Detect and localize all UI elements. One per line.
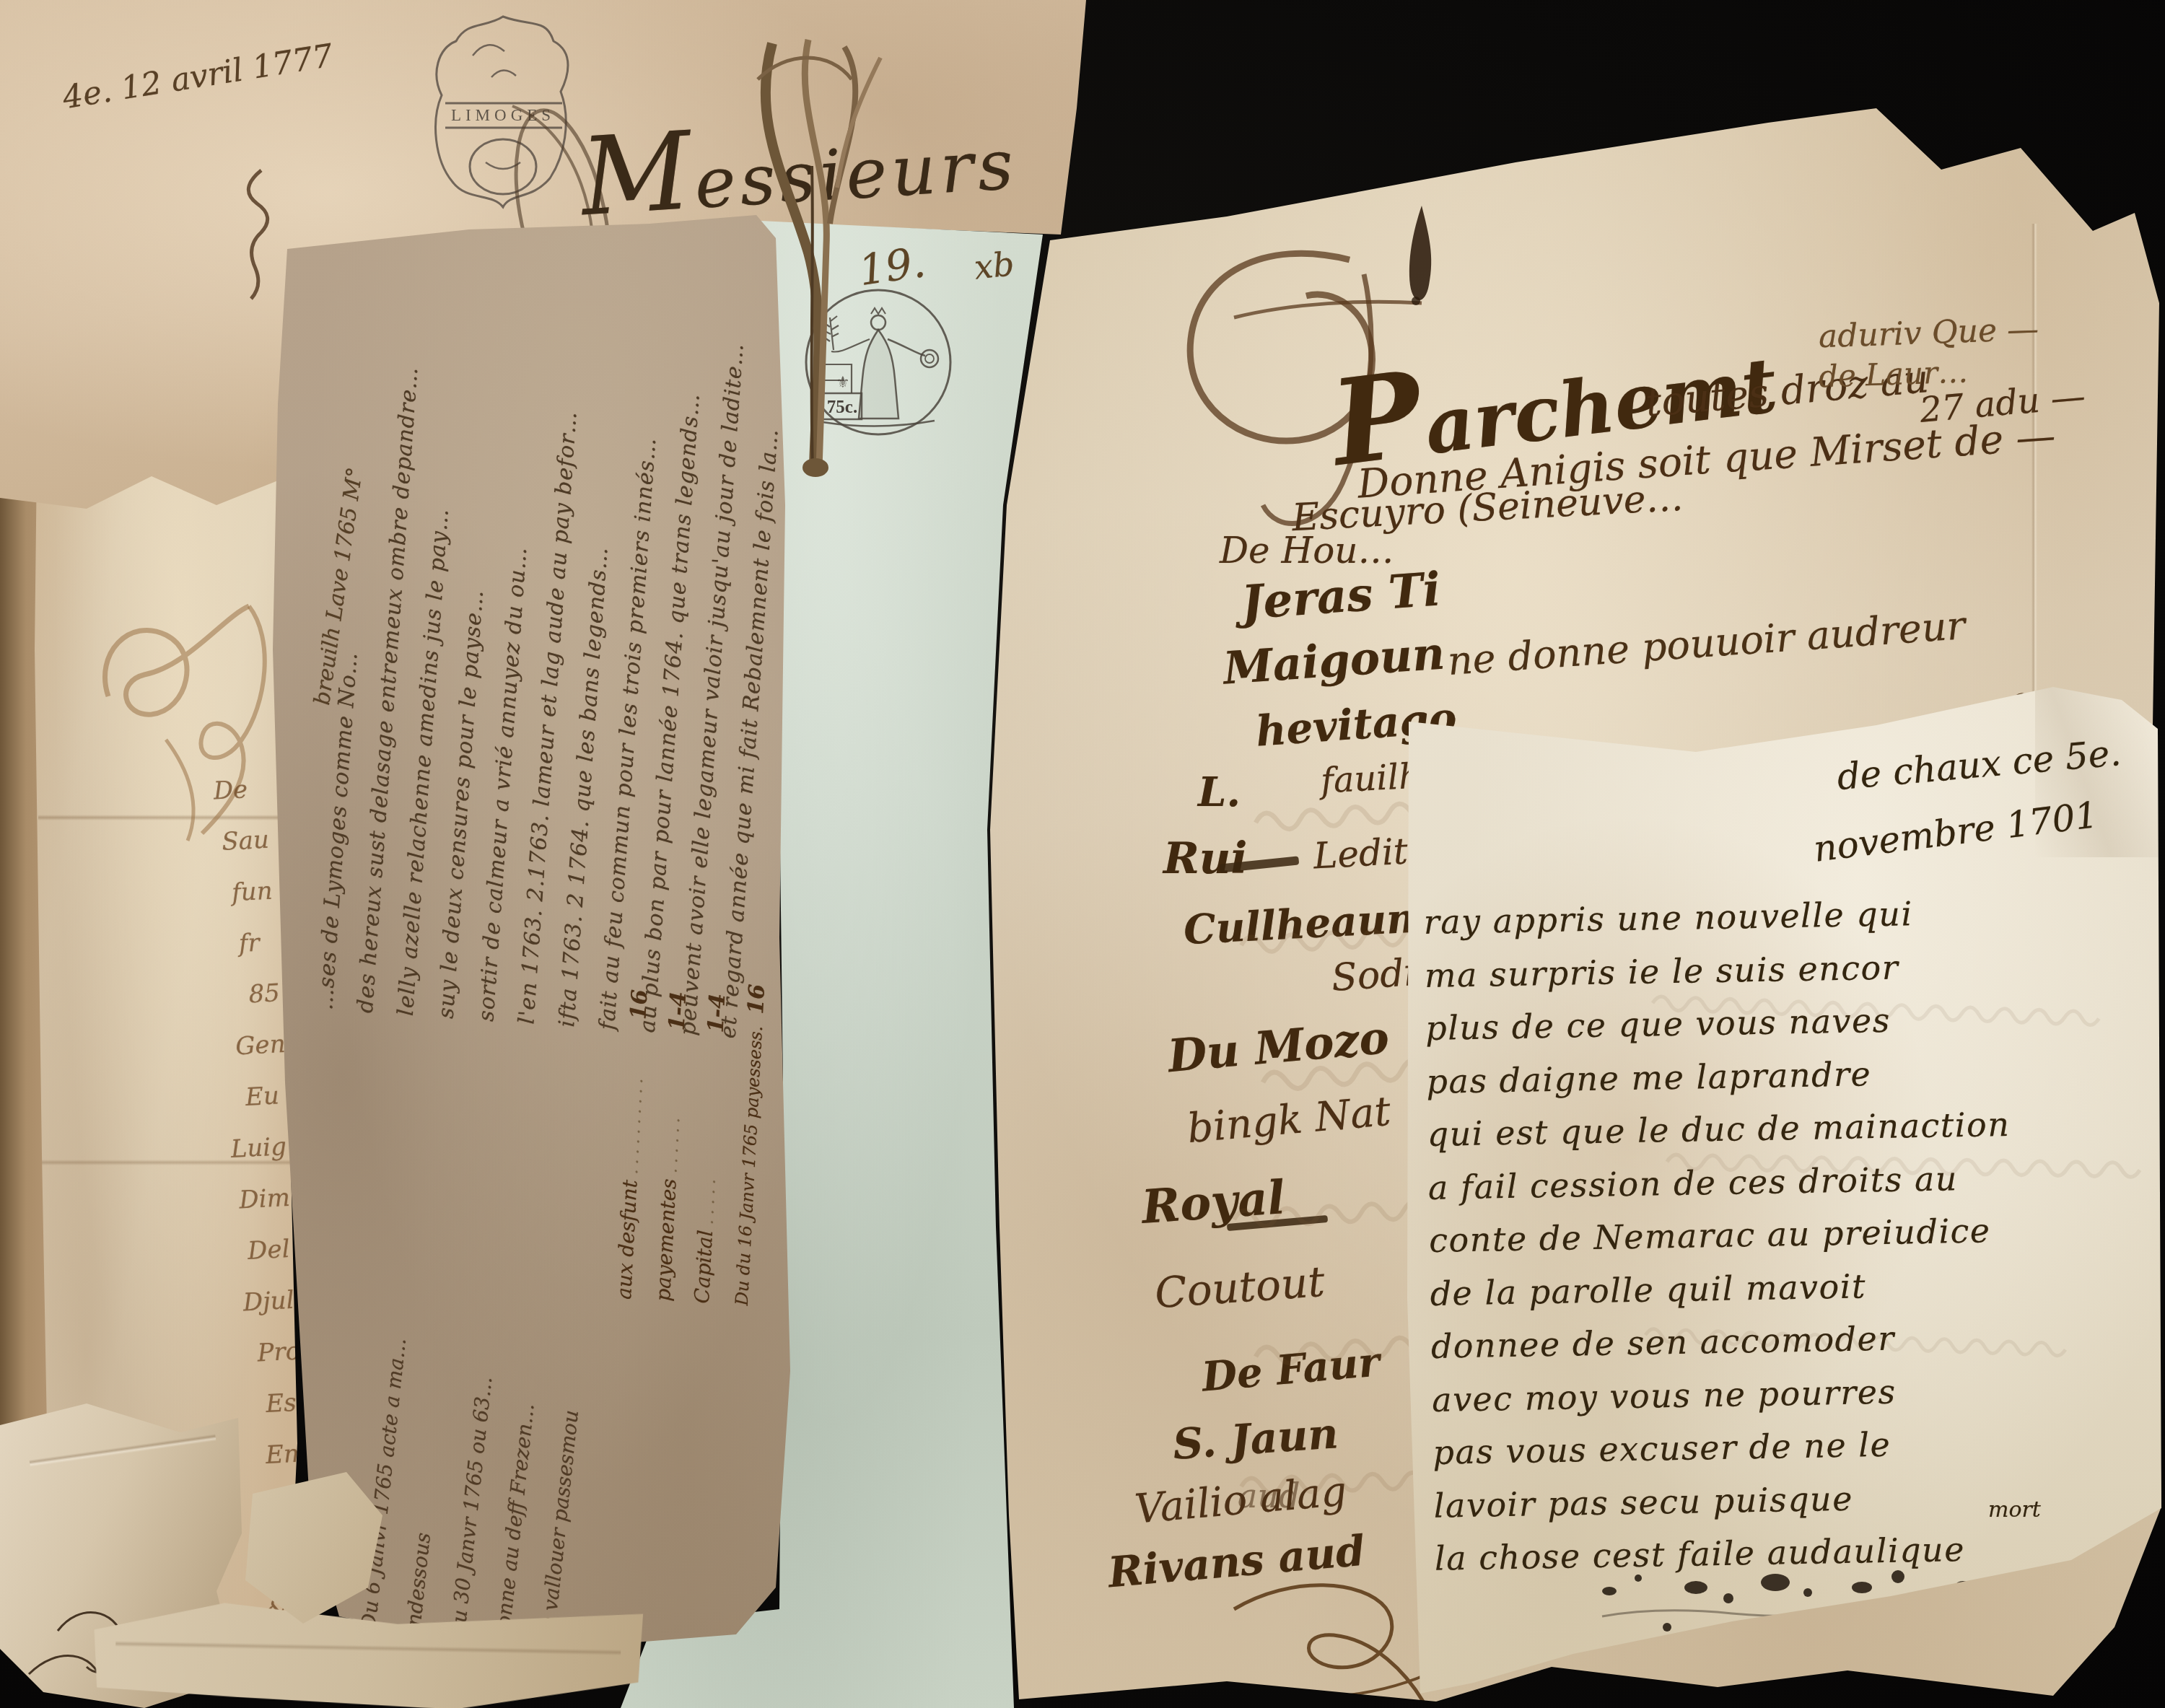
account-value: 1-4 <box>706 993 730 1033</box>
sideways-body-text: …ses de Lymoges comme No… des hereux sus… <box>305 246 802 1040</box>
account-value: 16 <box>628 989 651 1020</box>
account-value: 16 <box>745 984 769 1015</box>
margin-word: Jeras Ti <box>1240 566 1442 626</box>
date-note: 4e. 12 avril 1777 <box>61 40 335 115</box>
letter-dateline: novembre 1701 <box>1811 797 2099 867</box>
account-list: aux desfunt . . . . . . . . . . 16 payem… <box>613 989 785 1308</box>
superscript-note: mort <box>1988 1499 2041 1521</box>
letter-dateline: de chaux ce 5e. <box>1836 735 2122 795</box>
page-note-fragment: xb <box>973 247 1016 284</box>
document-letter-1701: de chaux ce 5e. novembre 1701 ray appris… <box>1400 671 2165 1708</box>
bleed-through-marks <box>1638 974 2107 1479</box>
account-label: Capital <box>692 1230 716 1304</box>
corner-fragment: aduriv Que — <box>1818 314 2039 354</box>
dotted-leader: . . <box>751 1020 766 1020</box>
document-brown-booklet: …ses de Lymoges comme No… des hereux sus… <box>263 211 790 1654</box>
account-value: 1-4 <box>667 991 691 1031</box>
dotted-leader: . . . . . . . . . . <box>625 1025 649 1175</box>
dotted-leader: . . . . . <box>701 1038 726 1225</box>
account-label: payementes <box>653 1178 680 1302</box>
manuscript-pile-photo: De Sau fun fr 85 Gen Eu Luig Dim Del Dju… <box>0 0 2165 1708</box>
ribbon-tie-icon <box>729 36 917 483</box>
corner-fragment: de Laur… <box>1818 356 1968 392</box>
paraph-icon <box>1212 1566 1429 1708</box>
dotted-leader: . . . . . . <box>664 1036 687 1173</box>
account-label: aux desfunt <box>614 1179 641 1300</box>
ink-blot-icon <box>1400 191 1451 314</box>
pouvoir-line: ne donne pouuoir audreur <box>1446 606 1967 681</box>
fold-crease <box>30 1434 216 1467</box>
string-knot-icon <box>216 159 296 303</box>
margin-word: Maigoun <box>1222 631 1446 691</box>
fold-crease <box>115 1641 621 1655</box>
deed-line: De Hou… <box>1220 533 1394 569</box>
bottom-notes: Du 6 Janvr 1765 acte a ma… Indessous Du … <box>346 1304 603 1650</box>
letter-line: ray appris une nouvelle qui <box>1423 886 2007 950</box>
